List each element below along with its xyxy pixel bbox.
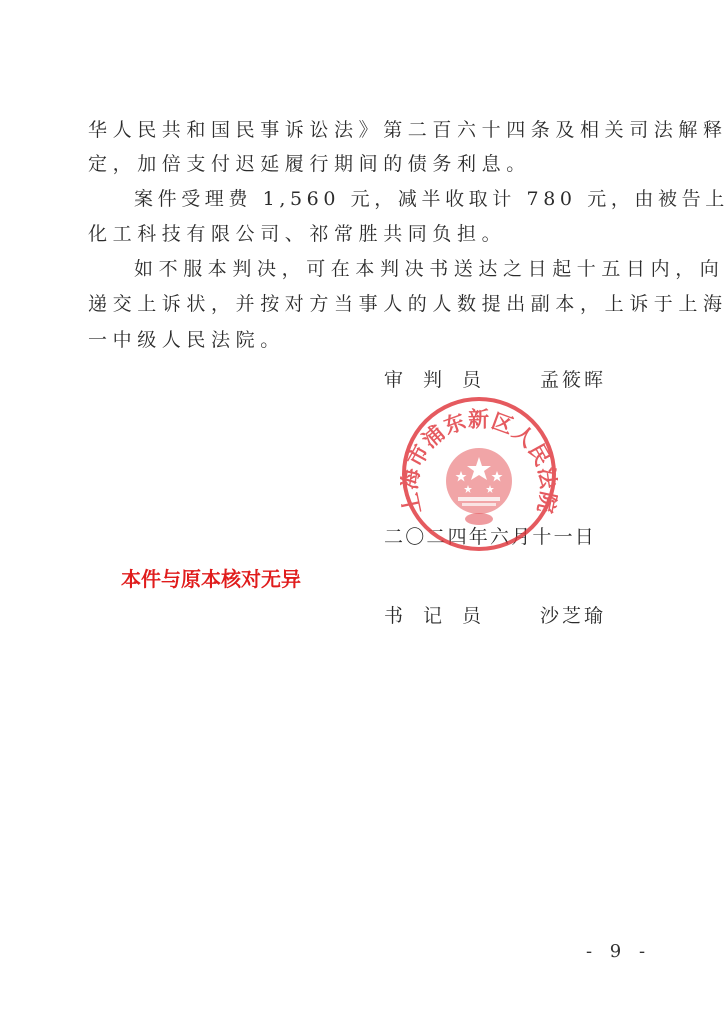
paragraph-3-line-2: 递交上诉状，并按对方当事人的人数提出副本，上诉于上海市第: [88, 292, 724, 316]
paragraph-3-line-1: 如不服本判决，可在本判决书送达之日起十五日内，向本院: [134, 257, 724, 281]
judge-name-row: 孟筱晖: [540, 368, 606, 392]
clerk-name: 沙芝瑜: [540, 605, 606, 627]
national-emblem-icon: [446, 448, 512, 525]
paragraph-1-line-2: 定，加倍支付迟延履行期间的债务利息。: [88, 152, 531, 176]
paragraph-2-line-1: 案件受理费 1,560 元，减半收取计 780 元，由被告上海星昙: [134, 187, 724, 211]
judge-name: 孟筱晖: [540, 369, 606, 391]
clerk-signature: 书记员: [384, 604, 501, 628]
paragraph-1-line-1: 华人民共和国民事诉讼法》第二百六十四条及相关司法解释之规: [88, 118, 724, 142]
paragraph-3-line-3: 一中级人民法院。: [88, 328, 285, 352]
judge-signature: 审判员: [384, 368, 501, 392]
page-number: - 9 -: [586, 941, 651, 963]
document-page: 华人民共和国民事诉讼法》第二百六十四条及相关司法解释之规 定，加倍支付迟延履行期…: [0, 0, 724, 1024]
certification-mark: 本件与原本核对无异: [121, 566, 301, 592]
paragraph-2-line-2: 化工科技有限公司、祁常胜共同负担。: [88, 222, 506, 246]
court-seal-stamp: 上海市浦东新区人民法院: [400, 395, 558, 553]
clerk-name-row: 沙芝瑜: [540, 604, 606, 628]
clerk-title: 书记员: [384, 605, 501, 627]
judge-title: 审判员: [384, 369, 501, 391]
